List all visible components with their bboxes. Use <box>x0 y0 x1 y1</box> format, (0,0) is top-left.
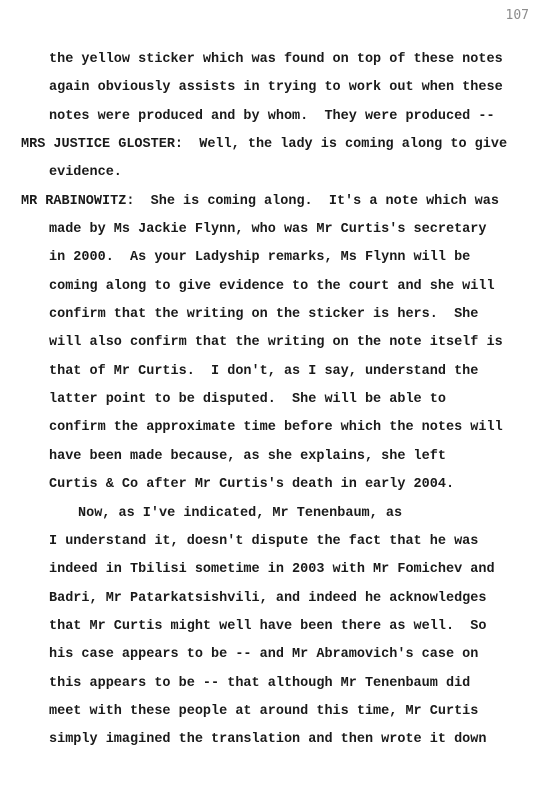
page-number: 107 <box>506 8 529 23</box>
transcript-page: 107 the yellow sticker which was found o… <box>0 0 558 789</box>
transcript-line: his case appears to be -- and Mr Abramov… <box>0 641 558 669</box>
transcript-line: confirm the approximate time before whic… <box>0 414 558 442</box>
transcript-line: I understand it, doesn't dispute the fac… <box>0 528 558 556</box>
transcript-line: this appears to be -- that although Mr T… <box>0 670 558 698</box>
transcript-line-speaker: MR RABINOWITZ: She is coming along. It's… <box>0 188 558 216</box>
transcript-line: have been made because, as she explains,… <box>0 443 558 471</box>
transcript-line: latter point to be disputed. She will be… <box>0 386 558 414</box>
transcript-body: the yellow sticker which was found on to… <box>0 46 558 755</box>
transcript-line: meet with these people at around this ti… <box>0 698 558 726</box>
transcript-line: confirm that the writing on the sticker … <box>0 301 558 329</box>
transcript-line: coming along to give evidence to the cou… <box>0 273 558 301</box>
transcript-line: made by Ms Jackie Flynn, who was Mr Curt… <box>0 216 558 244</box>
transcript-line-speaker: MRS JUSTICE GLOSTER: Well, the lady is c… <box>0 131 558 159</box>
transcript-line: Curtis & Co after Mr Curtis's death in e… <box>0 471 558 499</box>
transcript-line: again obviously assists in trying to wor… <box>0 74 558 102</box>
transcript-line: that Mr Curtis might well have been ther… <box>0 613 558 641</box>
transcript-line: notes were produced and by whom. They we… <box>0 103 558 131</box>
transcript-line: simply imagined the translation and then… <box>0 726 558 754</box>
transcript-line: will also confirm that the writing on th… <box>0 329 558 357</box>
transcript-line: the yellow sticker which was found on to… <box>0 46 558 74</box>
transcript-line: in 2000. As your Ladyship remarks, Ms Fl… <box>0 244 558 272</box>
transcript-line: evidence. <box>0 159 558 187</box>
transcript-line-paragraph-start: Now, as I've indicated, Mr Tenenbaum, as <box>0 500 558 528</box>
transcript-line: that of Mr Curtis. I don't, as I say, un… <box>0 358 558 386</box>
transcript-line: Badri, Mr Patarkatsishvili, and indeed h… <box>0 585 558 613</box>
transcript-line: indeed in Tbilisi sometime in 2003 with … <box>0 556 558 584</box>
